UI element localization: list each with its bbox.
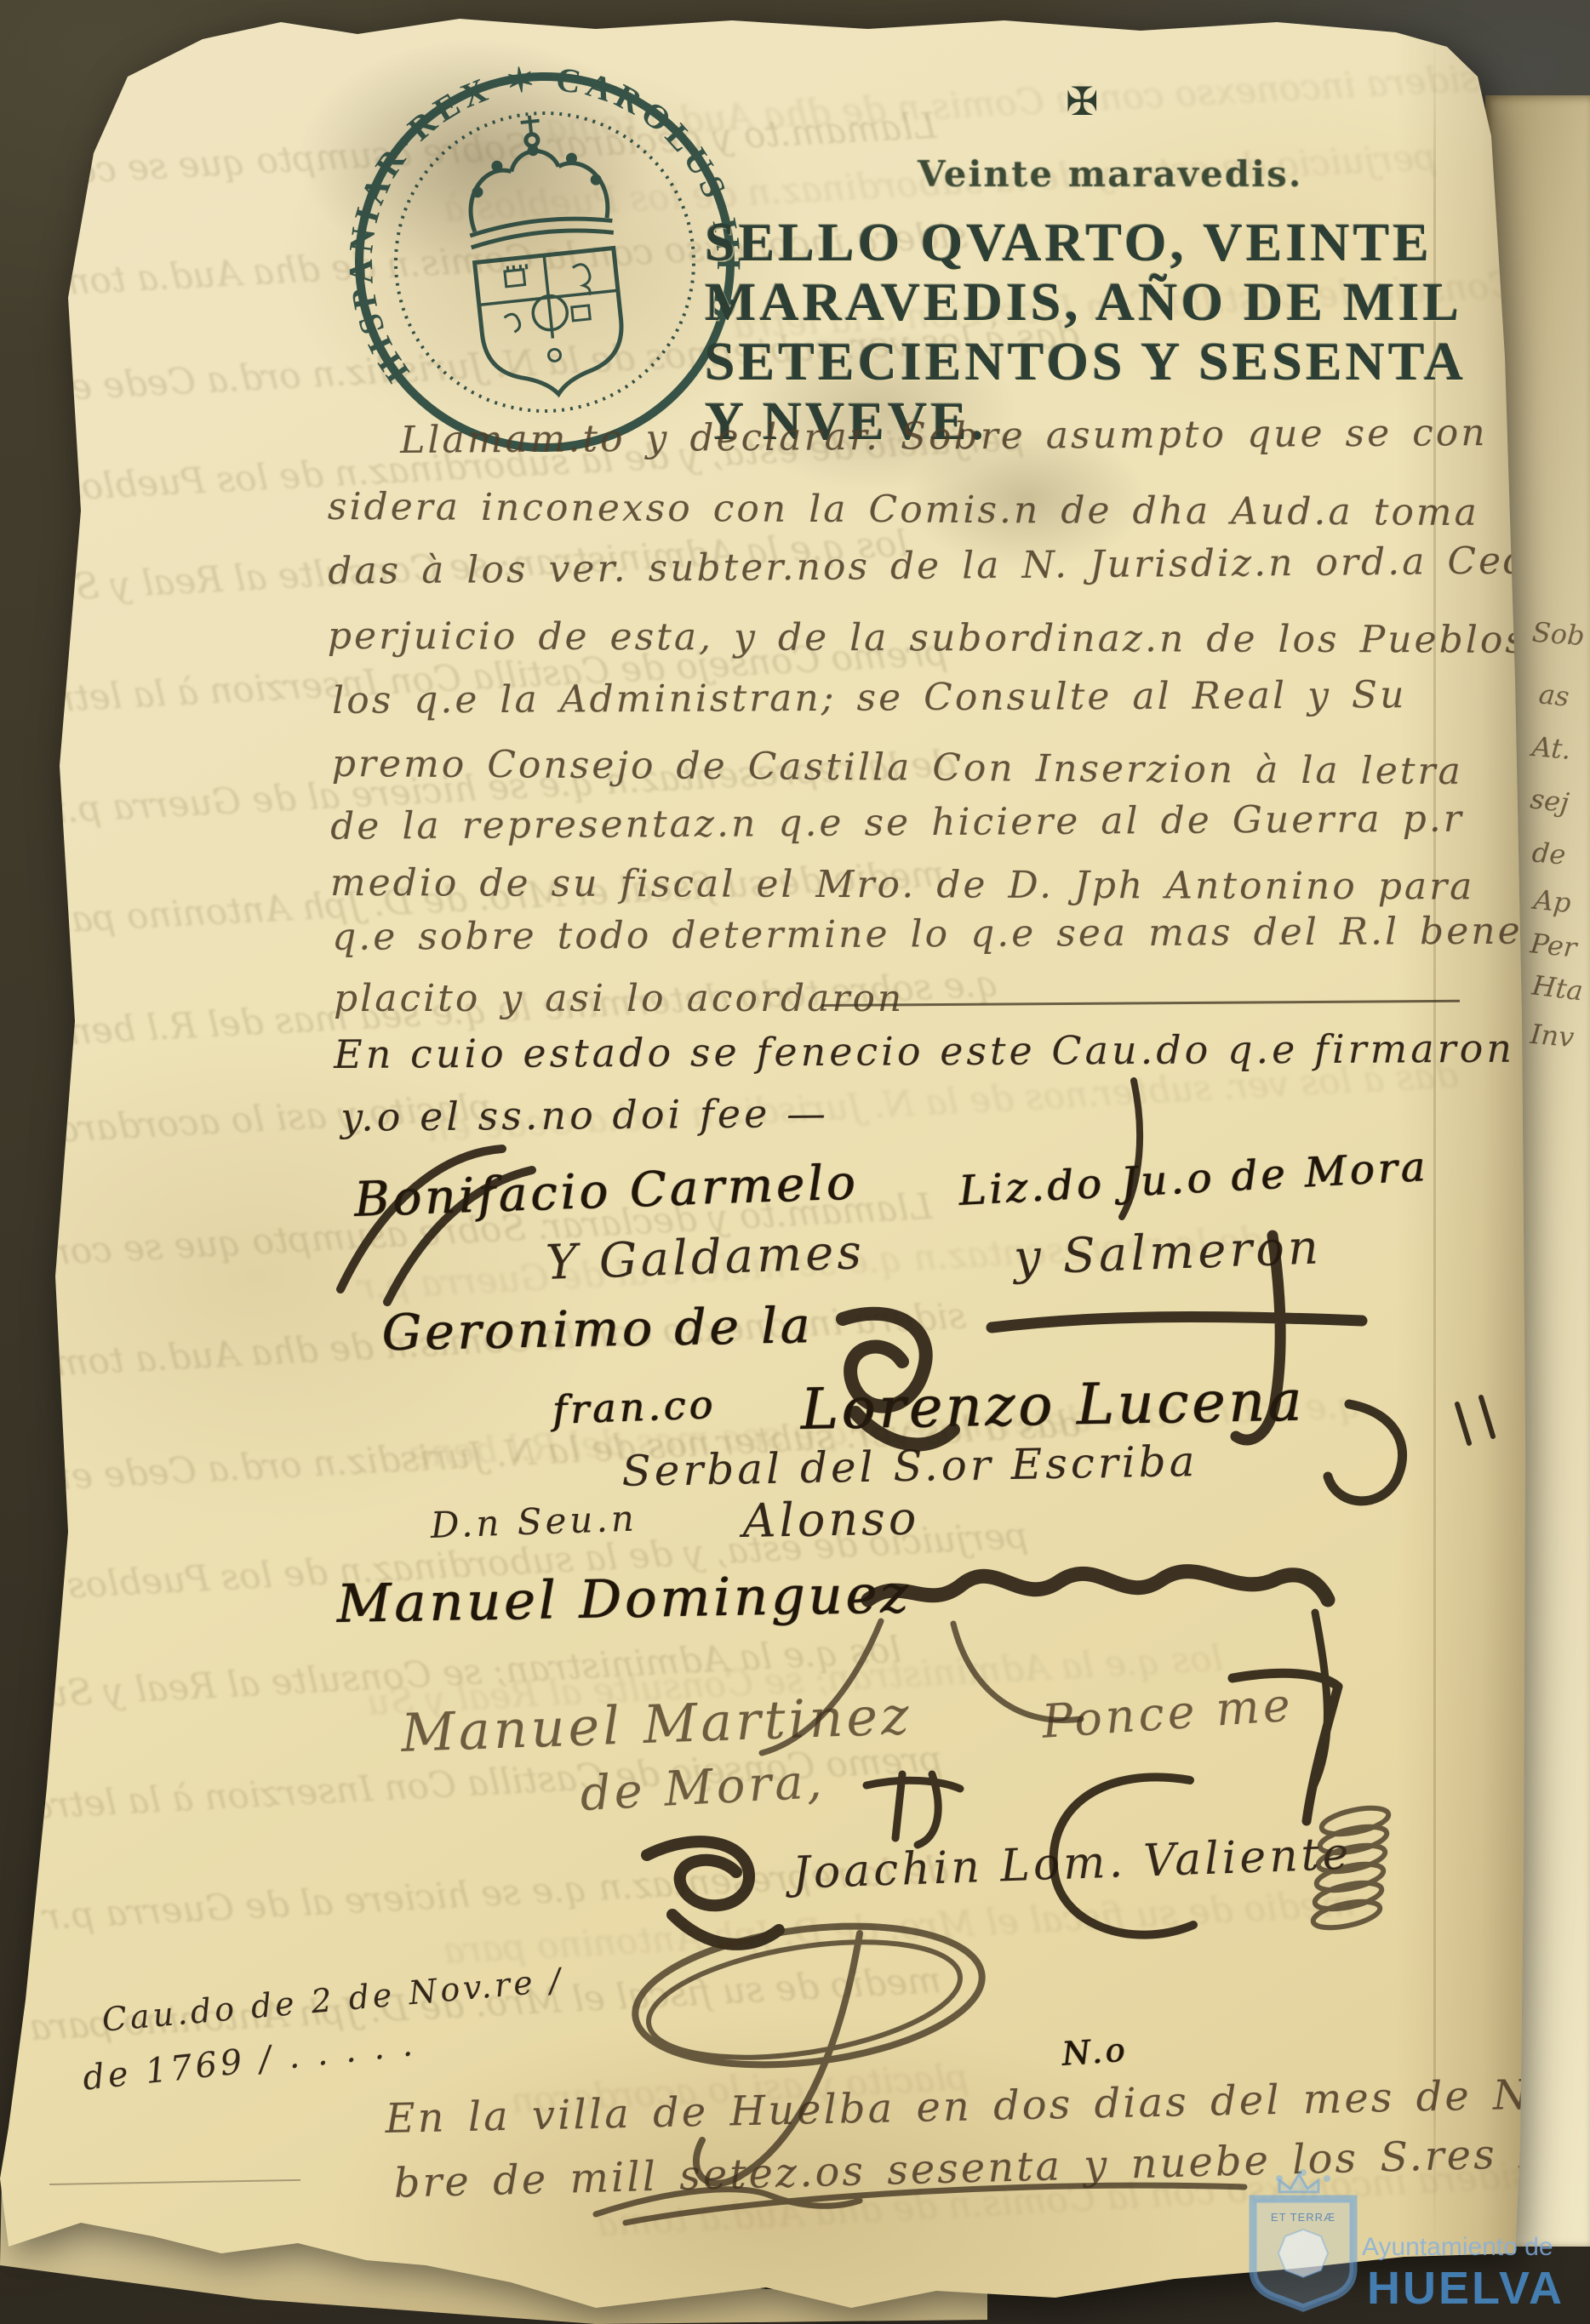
flourish-monogram <box>866 1774 960 1845</box>
document-page: Llamam.to y declarar. Sobre asumpto que … <box>0 0 1590 2324</box>
watermark-motto: ET TERRÆ <box>1271 2211 1335 2224</box>
flourish-dagger <box>992 1236 1362 1440</box>
flourish-rubric <box>340 1149 532 1302</box>
flourish-swash <box>1328 1404 1403 1501</box>
flourish-loops <box>762 1621 1081 1753</box>
flourish-blot <box>843 1314 953 1445</box>
watermark-crown-icon <box>1279 2174 1318 2192</box>
flourish-knot <box>647 1841 779 1944</box>
flourish-footer-underline <box>596 2185 1244 2223</box>
document-page-wrap: Llamam.to y declarar. Sobre asumpto que … <box>0 0 1590 2324</box>
flourish-oval <box>627 1909 990 2083</box>
flourish-scrawl <box>868 1572 1328 1600</box>
watermark-city: HUELVA <box>1367 2263 1564 2314</box>
flourish-closing-tail <box>1122 1081 1140 1217</box>
flourish-ticks <box>1457 1397 1493 1443</box>
flourish-spiral <box>1311 1803 1391 1933</box>
archive-watermark: ET TERRÆ Ayuntamiento de HUELVA <box>1233 2163 1590 2324</box>
watermark-emblem <box>1278 2230 1328 2277</box>
watermark-org: Ayuntamiento de <box>1362 2233 1553 2261</box>
scanned-document: Sob as At. sej de Ap Per Hta Inv Llamam.… <box>0 0 1590 2324</box>
flourish-big-c <box>1054 1777 1193 1934</box>
flourish-seven <box>1233 1673 1338 1821</box>
ink-flourishes <box>0 0 1590 2324</box>
